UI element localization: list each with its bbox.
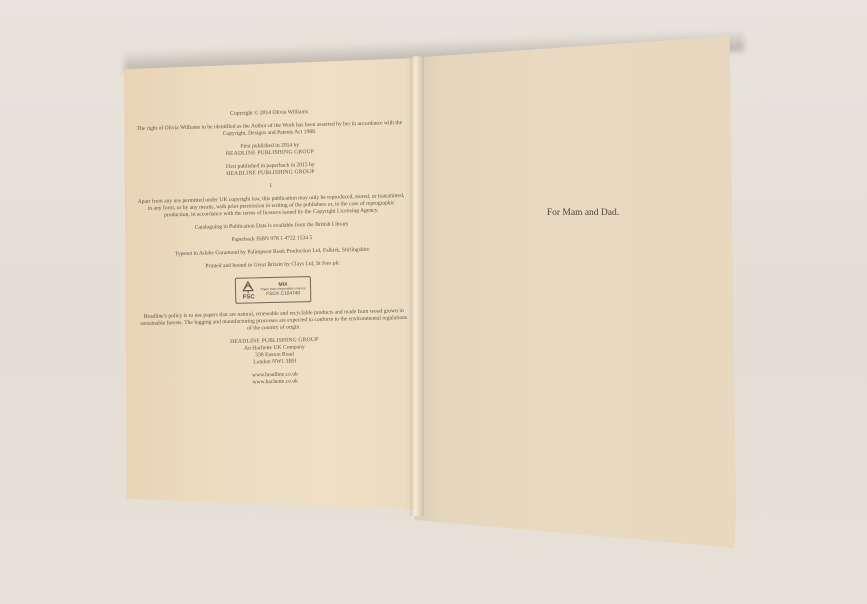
website-hachette: www.hachette.co.uk	[252, 378, 298, 385]
publisher-name: HEADLINE PUBLISHING GROUP	[226, 169, 314, 177]
printed-notice: Printed and bound in Great Britain by Cl…	[137, 259, 407, 272]
fsc-tree-icon	[240, 280, 256, 294]
paper-policy: Headline's policy is to use papers that …	[139, 308, 409, 335]
first-published: First published in 2014 by HEADLINE PUBL…	[135, 140, 405, 160]
right-page-dedication	[415, 36, 736, 548]
publisher-name: HEADLINE PUBLISHING GROUP	[226, 149, 314, 157]
moral-rights-notice: The right of Olivia Williams to be ident…	[134, 120, 404, 140]
book-spine	[410, 56, 424, 516]
websites: www.headline.co.uk www.hachette.co.uk	[140, 369, 410, 389]
typeset-notice: Typeset in Adobe Garamond by Palimpsest …	[137, 246, 407, 259]
address-street: 338 Euston Road	[255, 352, 294, 359]
address-company: An Hachette UK Company	[244, 344, 305, 351]
fsc-label: FSC	[243, 294, 255, 300]
fsc-badge: FSC MIX Paper from responsible sources F…	[235, 276, 311, 304]
publisher-address: HEADLINE PUBLISHING GROUP An Hachette UK…	[139, 335, 410, 369]
cataloguing-notice: Cataloguing in Publication Data is avail…	[137, 220, 407, 233]
fsc-code: FSC® C104740	[261, 291, 306, 297]
address-name: HEADLINE PUBLISHING GROUP	[230, 337, 318, 345]
rights-notice: Apart from any use permitted under UK co…	[136, 193, 406, 220]
paperback-published: First published in paperback in 2015 by …	[135, 160, 405, 180]
isbn: Paperback ISBN 978 1 4722 1534 5	[137, 233, 407, 246]
printer-number: 1	[136, 180, 406, 193]
website-headline: www.headline.co.uk	[252, 371, 298, 378]
address-city: London NW1 3BH	[253, 358, 296, 365]
dedication: For Mam and Dad.	[523, 208, 643, 218]
copyright-text-block: Copyright © 2014 Olivia Williams The rig…	[134, 107, 410, 395]
open-book: Copyright © 2014 Olivia Williams The rig…	[0, 0, 867, 604]
